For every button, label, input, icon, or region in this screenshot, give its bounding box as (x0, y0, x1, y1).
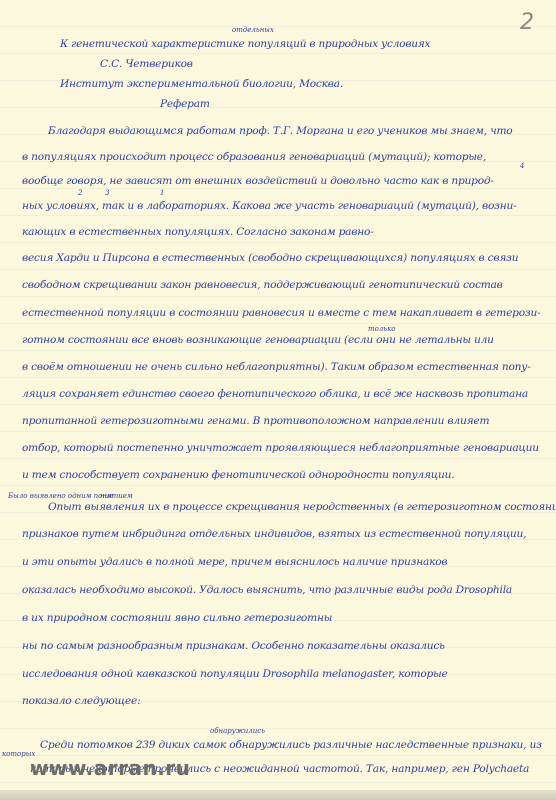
manuscript-line: естественной популяции в состоянии равно… (22, 306, 542, 320)
margin-note-numeral: 2 (78, 189, 82, 197)
manuscript-line: оказалась необходимо высокой. Удалось вы… (22, 583, 542, 597)
manuscript-line: и тем способствует сохранению фенотипиче… (22, 468, 542, 482)
margin-note-numeral: 1 (160, 189, 164, 197)
manuscript-line: ных условиях, так и в лабораториях. Како… (22, 199, 542, 213)
manuscript-line: в популяциях происходит процесс образова… (22, 150, 542, 164)
manuscript-line: ны по самым разнообразным признакам. Осо… (22, 639, 542, 653)
abstract-label: Реферат (160, 97, 210, 111)
manuscript-line: готном состоянии все вновь возникающие г… (22, 333, 542, 347)
manuscript-line: Опыт выявления их в процессе скрещивания… (48, 500, 556, 514)
insertion-above: только (368, 325, 396, 333)
manuscript-line: кающих в естественных популяциях. Соглас… (22, 225, 542, 239)
manuscript-line: весия Харди и Пирсона в естественных (св… (22, 251, 542, 265)
page-number: 2 (520, 10, 534, 35)
author-name: С.С. Четвериков (100, 57, 193, 71)
manuscript-line: в их природном состоянии явно сильно гет… (22, 611, 542, 625)
scan-bottom-edge (0, 790, 556, 800)
manuscript-line: признаков путем инбридинга отдельных инд… (22, 527, 542, 541)
watermark: www.arran.ru (30, 756, 190, 780)
manuscript-line: отбор, который постепенно уничтожает про… (22, 441, 542, 455)
manuscript-line: вообще говоря, не зависят от внешних воз… (22, 174, 542, 188)
document-title: К генетической характеристике популяций … (60, 37, 430, 51)
title-correction: отдельных (232, 26, 274, 34)
manuscript-line: исследования одной кавказской популяции … (22, 667, 542, 681)
manuscript-line: в своём отношении не очень сильно неблаг… (22, 360, 542, 374)
manuscript-line: пропитанной гетерозиготными генами. В пр… (22, 414, 542, 428)
insertion-above: обнаружились (210, 727, 265, 735)
institute-name: Институт экспериментальной биологии, Мос… (60, 77, 343, 91)
manuscript-line: Благодаря выдающимся работам проф. Т.Г. … (48, 124, 556, 138)
manuscript-line: Среди потомков 239 диких самок обнаружил… (40, 738, 556, 752)
manuscript-line: и эти опыты удались в полной мере, приче… (22, 555, 542, 569)
manuscript-page: 2 отдельных К генетической характеристик… (0, 0, 556, 790)
margin-insertion: Было выявлено одним понятием (8, 492, 133, 500)
margin-note-numeral: 3 (105, 189, 109, 197)
manuscript-line: свободном скрещивании закон равновесия, … (22, 278, 542, 292)
manuscript-line: показало следующее: (22, 694, 542, 708)
insertion-above: ние (100, 492, 113, 500)
manuscript-line: ляция сохраняет единство своего фенотипи… (22, 387, 542, 401)
